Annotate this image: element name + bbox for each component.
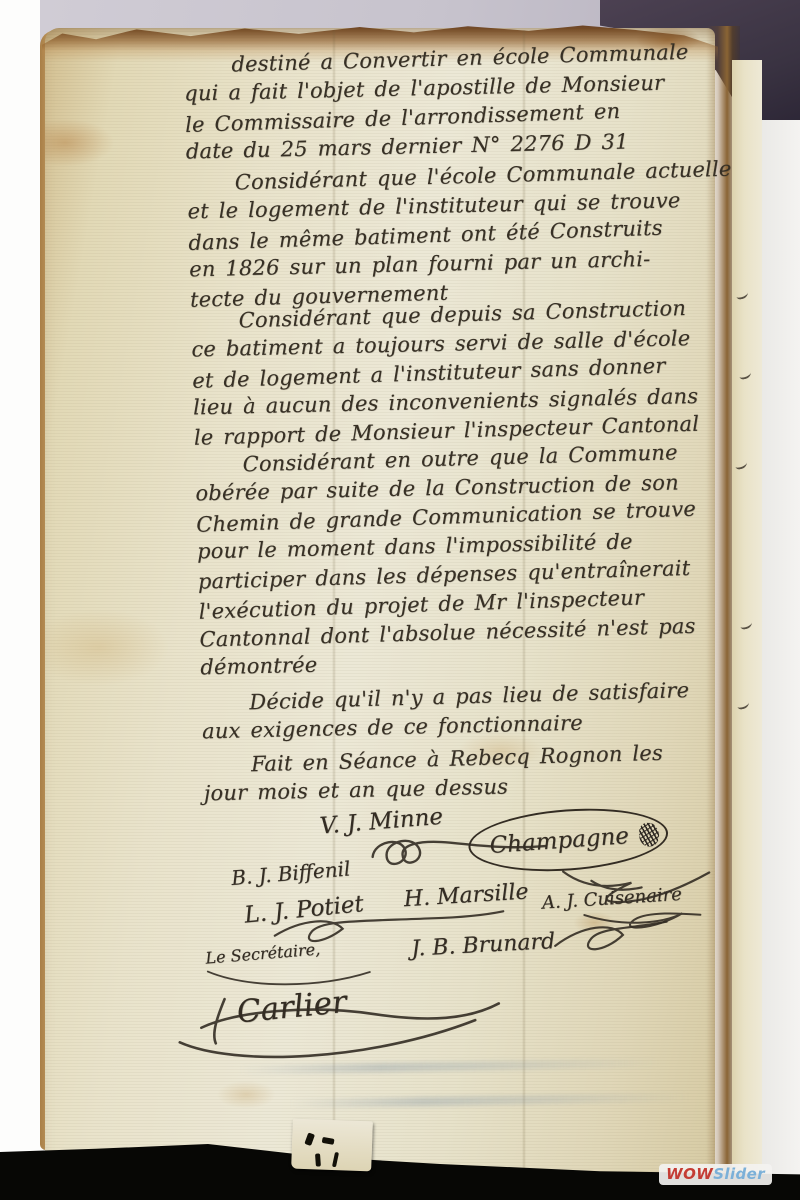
- paragraph-considerant-1: Considérant que l'école Communale actuel…: [186, 155, 735, 315]
- paragraph-continuation: destiné a Convertir en école Communale q…: [183, 38, 691, 168]
- paragraph-fait-en-seance: Fait en Séance à Rebecq Rognon les jour …: [203, 739, 664, 810]
- watermark-wow-text: WOW: [666, 1165, 713, 1183]
- potiet-underline: [274, 911, 504, 942]
- carlier-swash: [179, 991, 501, 1059]
- ink-mark: [322, 1137, 335, 1145]
- paragraph-decide: Décide qu'il n'y a pas lieu de satisfair…: [201, 676, 691, 748]
- paragraph-considerant-2: Considérant que depuis sa Construction c…: [190, 294, 699, 453]
- ink-mark: [332, 1152, 339, 1168]
- champagne-swash: [563, 868, 710, 904]
- wowslider-watermark[interactable]: WOWSlider: [659, 1164, 772, 1185]
- handwritten-text: destiné a Convertir en école Communale q…: [0, 0, 800, 1200]
- paper-tab: [291, 1119, 373, 1172]
- signature-flourishes: [160, 815, 727, 1081]
- minne-flourish: [372, 837, 546, 865]
- paragraph-considerant-3: Considérant en outre que la Commune obér…: [194, 438, 700, 684]
- ink-mark: [315, 1153, 321, 1166]
- secretaire-swash: [208, 967, 370, 987]
- manuscript-photo: destiné a Convertir en école Communale q…: [0, 0, 800, 1200]
- watermark-slider-text: Slider: [713, 1165, 765, 1183]
- ink-mark: [304, 1132, 315, 1146]
